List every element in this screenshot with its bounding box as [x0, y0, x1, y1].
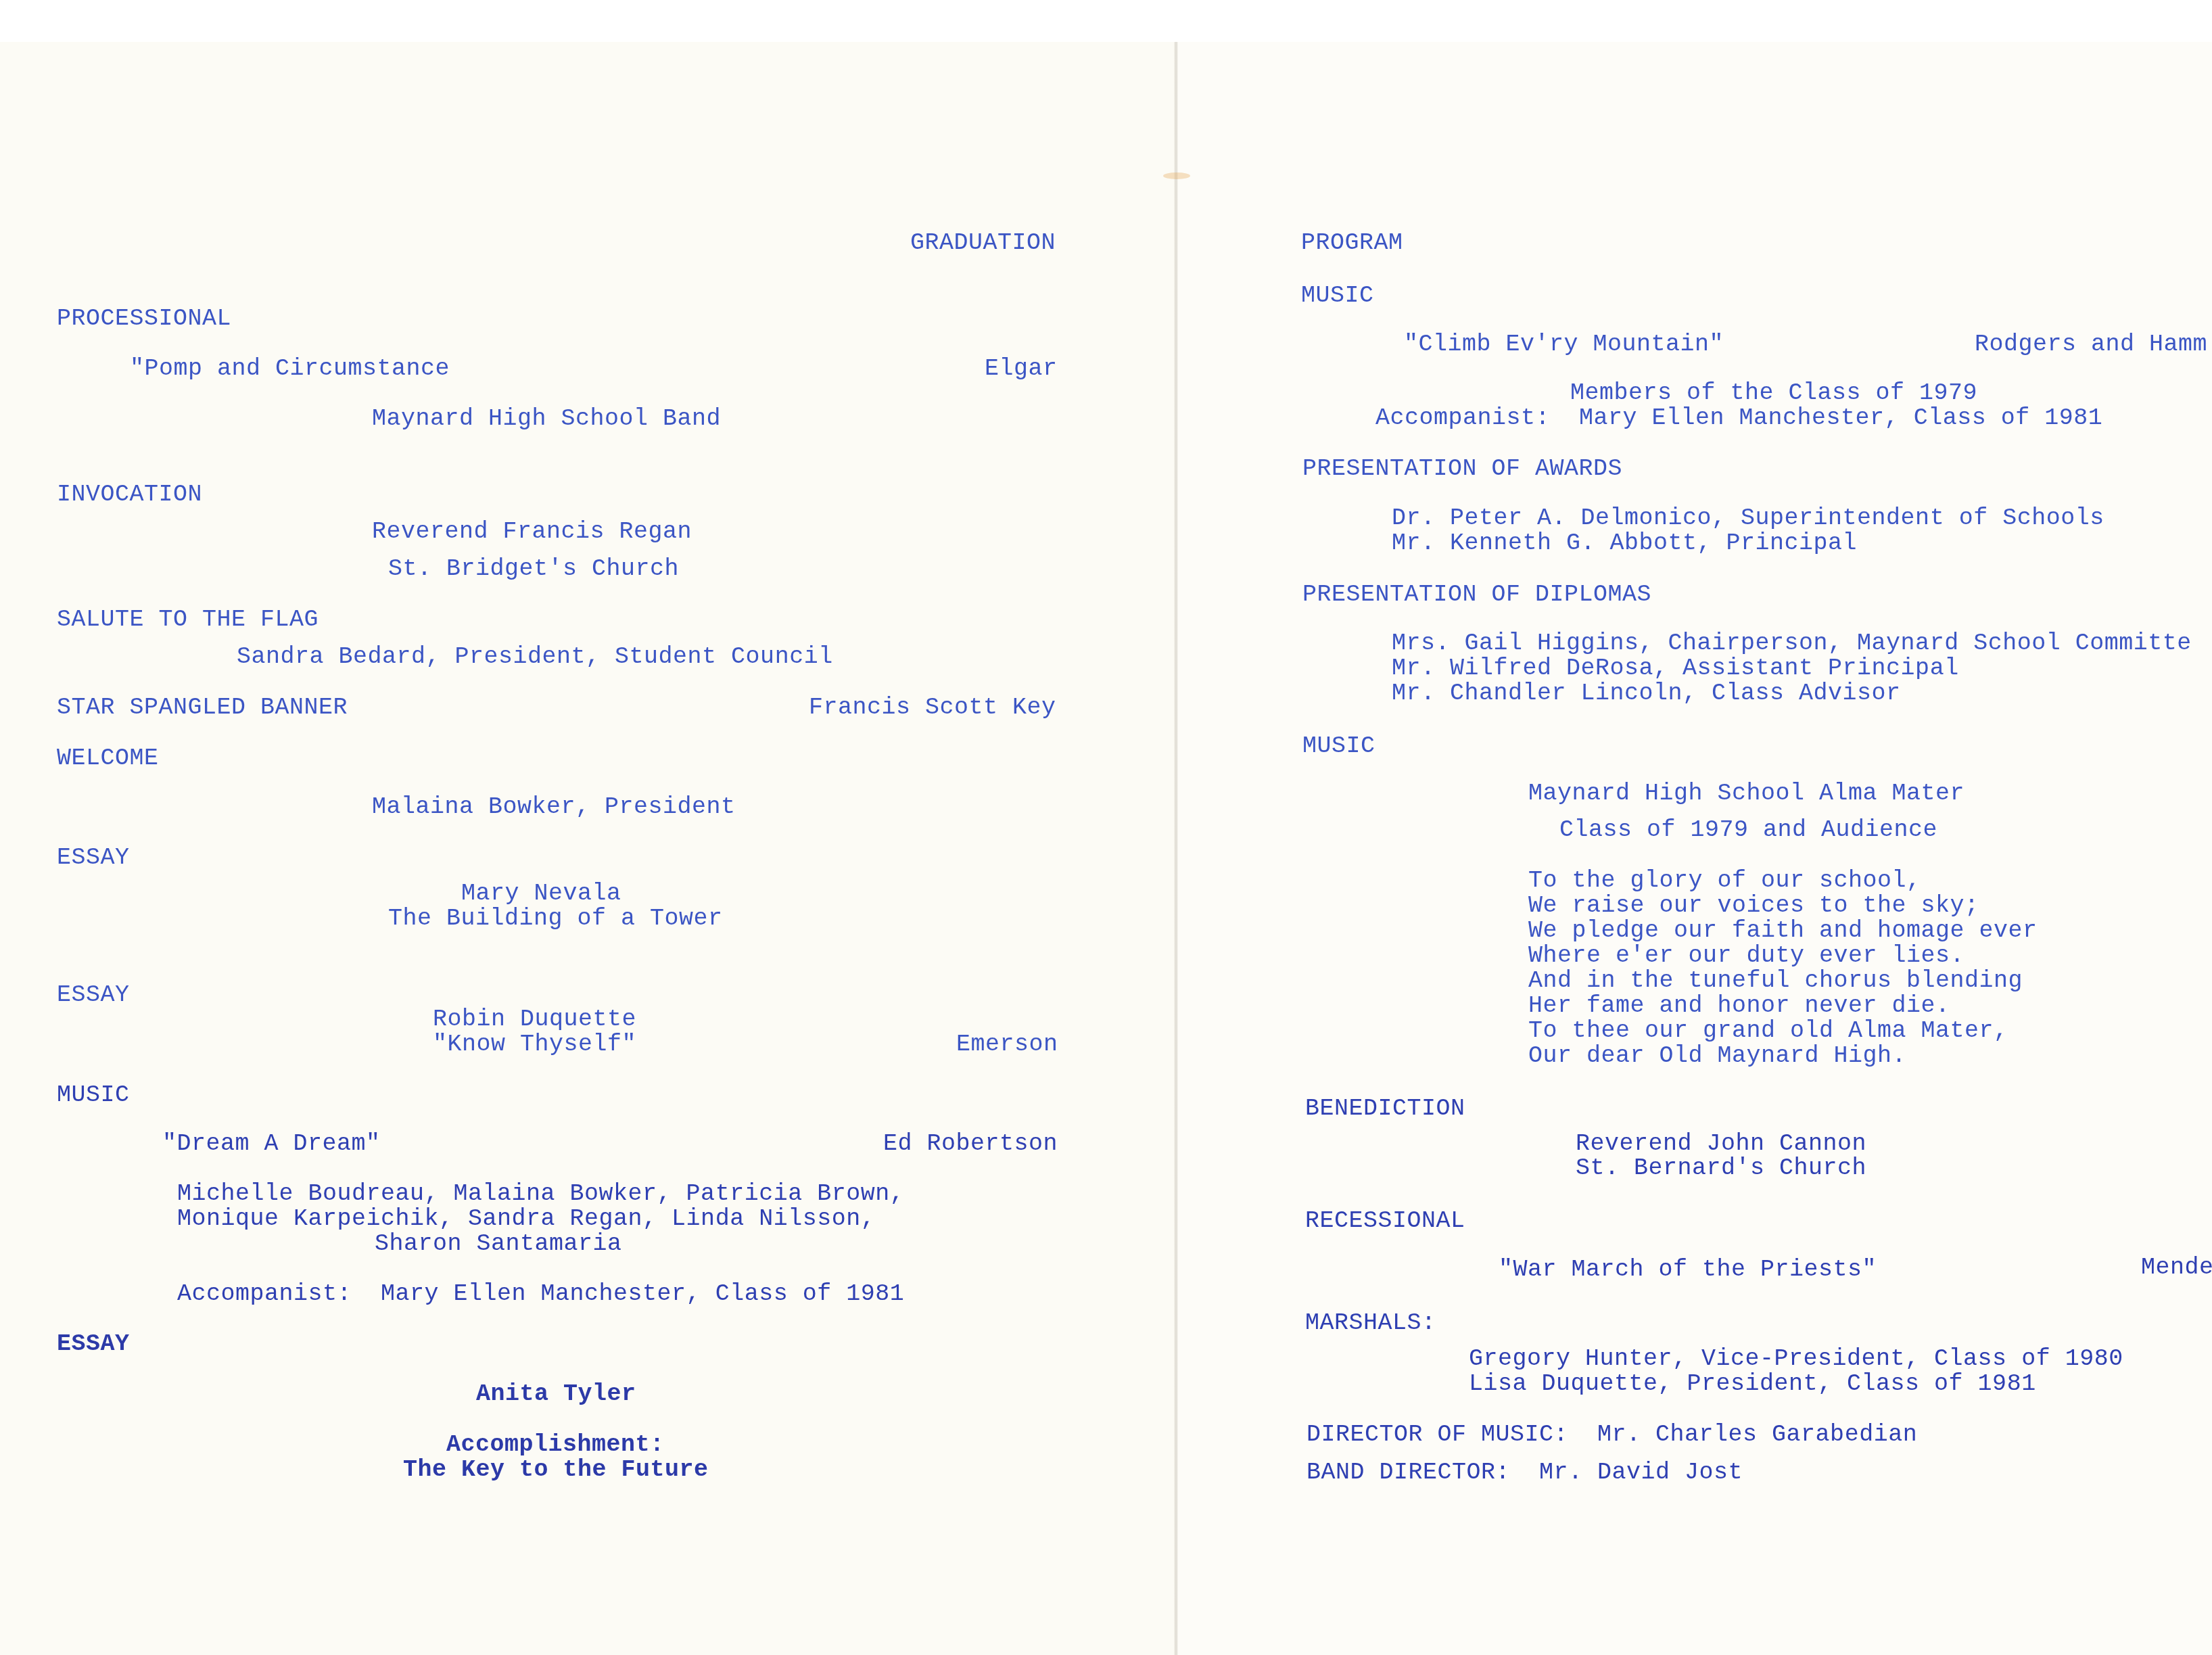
lyrics-line-3: We pledge our faith and homage ever [1528, 918, 2038, 943]
marshal-1: Gregory Hunter, Vice-President, Class of… [1469, 1346, 2123, 1372]
diplomas-name-3: Mr. Chandler Lincoln, Class Advisor [1392, 680, 1901, 706]
page-title-program: PROGRAM [1301, 230, 1403, 256]
section-heading-marshals: MARSHALS: [1305, 1310, 1436, 1336]
welcome-name: Malaina Bowker, President [372, 794, 736, 820]
diplomas-name-1: Mrs. Gail Higgins, Chairperson, Maynard … [1392, 630, 2192, 656]
essay-3-name: Anita Tyler [476, 1381, 636, 1407]
left-page [0, 42, 1177, 1655]
scan-margin [0, 0, 2212, 42]
processional-composer: Elgar [985, 356, 1058, 381]
section-heading-essay-1: ESSAY [57, 845, 130, 870]
music-1-accompanist: Accompanist: Mary Ellen Manchester, Clas… [1375, 405, 2102, 431]
section-heading-diplomas: PRESENTATION OF DIPLOMAS [1302, 582, 1651, 607]
music-performers-line-2: Monique Karpeichik, Sandra Regan, Linda … [177, 1206, 875, 1232]
recessional-piece: "War March of the Priests" [1499, 1257, 1877, 1282]
section-heading-awards: PRESENTATION OF AWARDS [1302, 456, 1622, 482]
section-heading-salute: SALUTE TO THE FLAG [57, 607, 319, 632]
processional-performer: Maynard High School Band [372, 406, 721, 432]
benediction-church: St. Bernard's Church [1576, 1155, 1866, 1181]
essay-3-title-line-2: The Key to the Future [403, 1457, 709, 1483]
essay-2-author: Emerson [956, 1031, 1058, 1057]
section-heading-music-2: MUSIC [1302, 733, 1375, 759]
lyrics-line-1: To the glory of our school, [1528, 868, 1921, 893]
awards-name-1: Dr. Peter A. Delmonico, Superintendent o… [1392, 505, 2104, 531]
director-of-music: DIRECTOR OF MUSIC: Mr. Charles Garabedia… [1307, 1422, 1917, 1447]
alma-mater-performers: Class of 1979 and Audience [1559, 817, 1937, 843]
lyrics-line-8: Our dear Old Maynard High. [1528, 1043, 1906, 1069]
recessional-composer: Mende [2141, 1255, 2212, 1280]
essay-2-name: Robin Duquette [433, 1006, 636, 1032]
essay-2-title: "Know Thyself" [433, 1031, 636, 1057]
awards-name-2: Mr. Kenneth G. Abbott, Principal [1392, 530, 1857, 556]
alma-mater-title: Maynard High School Alma Mater [1528, 780, 1964, 806]
invocation-church: St. Bridget's Church [388, 556, 679, 582]
music-accompanist: Accompanist: Mary Ellen Manchester, Clas… [177, 1281, 904, 1307]
essay-3-title-line-1: Accomplishment: [446, 1432, 665, 1458]
section-heading-invocation: INVOCATION [57, 482, 202, 507]
lyrics-line-2: We raise our voices to the sky; [1528, 893, 1979, 918]
music-piece: "Dream A Dream" [162, 1131, 381, 1157]
salute-name: Sandra Bedard, President, Student Counci… [237, 644, 833, 670]
lyrics-line-5: And in the tuneful chorus blending [1528, 968, 2023, 994]
page-title-graduation: GRADUATION [910, 230, 1056, 256]
section-heading-music: MUSIC [57, 1082, 130, 1108]
music-1-piece: "Climb Ev'ry Mountain" [1404, 331, 1724, 357]
lyrics-line-7: To thee our grand old Alma Mater, [1528, 1018, 2008, 1044]
section-heading-anthem: STAR SPANGLED BANNER [57, 695, 348, 720]
music-1-performers: Members of the Class of 1979 [1570, 380, 1977, 406]
lyrics-line-6: Her fame and honor never die. [1528, 993, 1950, 1019]
band-director: BAND DIRECTOR: Mr. David Jost [1307, 1460, 1743, 1485]
music-1-composer: Rodgers and Hamm [1975, 331, 2207, 357]
music-composer: Ed Robertson [883, 1131, 1058, 1157]
page-fold [1174, 42, 1178, 1655]
anthem-composer: Francis Scott Key [809, 695, 1056, 720]
section-heading-music-1: MUSIC [1301, 283, 1374, 308]
section-heading-essay-2: ESSAY [57, 982, 130, 1008]
paper-stain [1163, 172, 1190, 179]
essay-1-title: The Building of a Tower [388, 906, 723, 931]
section-heading-benediction: BENEDICTION [1305, 1096, 1465, 1121]
music-performers-line-3: Sharon Santamaria [375, 1231, 622, 1257]
essay-1-name: Mary Nevala [461, 881, 621, 906]
section-heading-recessional: RECESSIONAL [1305, 1208, 1465, 1234]
section-heading-welcome: WELCOME [57, 745, 159, 771]
diplomas-name-2: Mr. Wilfred DeRosa, Assistant Principal [1392, 655, 1959, 681]
section-heading-essay-3: ESSAY [57, 1331, 130, 1357]
benediction-name: Reverend John Cannon [1576, 1131, 1866, 1157]
lyrics-line-4: Where e'er our duty ever lies. [1528, 943, 1964, 969]
music-performers-line-1: Michelle Boudreau, Malaina Bowker, Patri… [177, 1181, 904, 1207]
invocation-name: Reverend Francis Regan [372, 519, 692, 544]
section-heading-processional: PROCESSIONAL [57, 306, 231, 331]
marshal-2: Lisa Duquette, President, Class of 1981 [1469, 1371, 2036, 1397]
processional-piece: "Pomp and Circumstance [130, 356, 450, 381]
